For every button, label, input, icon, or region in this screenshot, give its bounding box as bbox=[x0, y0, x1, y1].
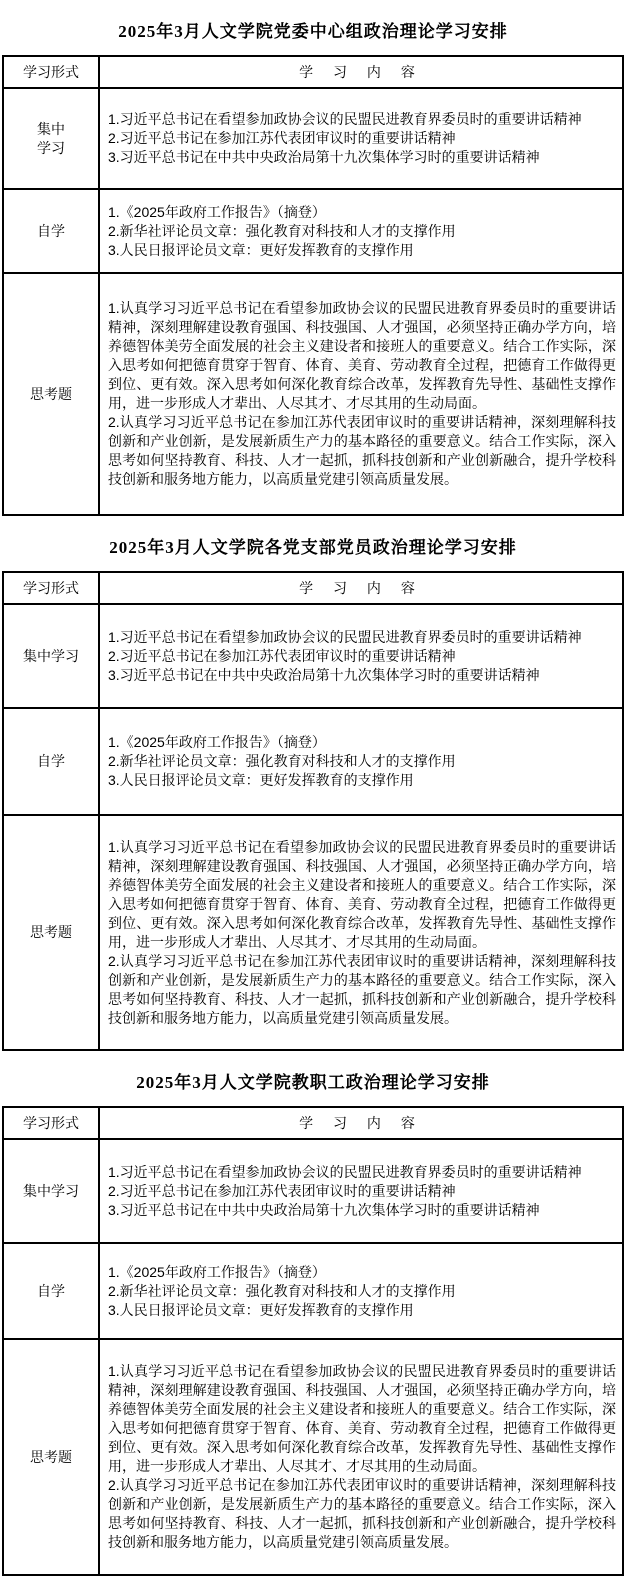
table-row-self-study: 自学 1.《2025年政府工作报告》（摘登） 2.新华社评论员文章：强化教育对科… bbox=[3, 189, 623, 273]
content-paragraph: 1.认真学习习近平总书记在看望参加政协会议的民盟民进教育界委员时的重要讲话精神，… bbox=[108, 838, 616, 952]
section-title: 2025年3月人文学院各党支部党员政治理论学习安排 bbox=[0, 516, 626, 571]
row-label: 自学 bbox=[3, 708, 99, 815]
content-paragraph: 2.认真学习习近平总书记在参加江苏代表团审议时的重要讲话精神，深刻理解科技创新和… bbox=[108, 413, 616, 489]
row-label: 自学 bbox=[3, 189, 99, 273]
table-row-centralized-learning: 集中 学习 1.习近平总书记在看望参加政协会议的民盟民进教育界委员时的重要讲话精… bbox=[3, 88, 623, 189]
table-header-row: 学习形式 学 习 内 容 bbox=[3, 56, 623, 88]
column-header-content: 学 习 内 容 bbox=[99, 56, 623, 88]
row-content-cell: 1.《2025年政府工作报告》（摘登） 2.新华社评论员文章：强化教育对科技和人… bbox=[99, 708, 623, 815]
row-label: 自学 bbox=[3, 1243, 99, 1339]
schedule-table: 学习形式 学 习 内 容 集中 学习 1.习近平总书记在看望参加政协会议的民盟民… bbox=[2, 55, 624, 516]
content-item: 1.《2025年政府工作报告》（摘登） bbox=[108, 733, 616, 752]
row-content-cell: 1.《2025年政府工作报告》（摘登） 2.新华社评论员文章：强化教育对科技和人… bbox=[99, 1243, 623, 1339]
table-row-self-study: 自学 1.《2025年政府工作报告》（摘登） 2.新华社评论员文章：强化教育对科… bbox=[3, 708, 623, 815]
column-header-form: 学习形式 bbox=[3, 572, 99, 604]
content-item: 3.人民日报评论员文章：更好发挥教育的支撑作用 bbox=[108, 1301, 616, 1320]
content-item: 3.习近平总书记在中共中央政治局第十九次集体学习时的重要讲话精神 bbox=[108, 148, 616, 167]
table-header-row: 学习形式 学 习 内 容 bbox=[3, 1107, 623, 1139]
column-header-form: 学习形式 bbox=[3, 56, 99, 88]
table-row-discussion-questions: 思考题 1.认真学习习近平总书记在看望参加政协会议的民盟民进教育界委员时的重要讲… bbox=[3, 1339, 623, 1575]
column-header-content: 学 习 内 容 bbox=[99, 572, 623, 604]
content-paragraph: 2.认真学习习近平总书记在参加江苏代表团审议时的重要讲话精神，深刻理解科技创新和… bbox=[108, 1476, 616, 1552]
content-item: 1.《2025年政府工作报告》（摘登） bbox=[108, 203, 616, 222]
content-item: 2.新华社评论员文章：强化教育对科技和人才的支撑作用 bbox=[108, 1282, 616, 1301]
row-label: 思考题 bbox=[3, 815, 99, 1050]
table-row-centralized-learning: 集中学习 1.习近平总书记在看望参加政协会议的民盟民进教育界委员时的重要讲话精神… bbox=[3, 604, 623, 708]
table-row-discussion-questions: 思考题 1.认真学习习近平总书记在看望参加政协会议的民盟民进教育界委员时的重要讲… bbox=[3, 273, 623, 515]
schedule-table: 学习形式 学 习 内 容 集中学习 1.习近平总书记在看望参加政协会议的民盟民进… bbox=[2, 1106, 624, 1576]
content-paragraph: 1.认真学习习近平总书记在看望参加政协会议的民盟民进教育界委员时的重要讲话精神，… bbox=[108, 1362, 616, 1476]
content-item: 2.习近平总书记在参加江苏代表团审议时的重要讲话精神 bbox=[108, 129, 616, 148]
section-title: 2025年3月人文学院党委中心组政治理论学习安排 bbox=[0, 0, 626, 55]
content-item: 3.人民日报评论员文章：更好发挥教育的支撑作用 bbox=[108, 771, 616, 790]
row-label: 集中学习 bbox=[3, 604, 99, 708]
content-paragraph: 1.认真学习习近平总书记在看望参加政协会议的民盟民进教育界委员时的重要讲话精神，… bbox=[108, 299, 616, 413]
row-content-cell: 1.习近平总书记在看望参加政协会议的民盟民进教育界委员时的重要讲话精神 2.习近… bbox=[99, 88, 623, 189]
table-row-self-study: 自学 1.《2025年政府工作报告》（摘登） 2.新华社评论员文章：强化教育对科… bbox=[3, 1243, 623, 1339]
content-item: 1.习近平总书记在看望参加政协会议的民盟民进教育界委员时的重要讲话精神 bbox=[108, 110, 616, 129]
row-content-cell: 1.认真学习习近平总书记在看望参加政协会议的民盟民进教育界委员时的重要讲话精神，… bbox=[99, 1339, 623, 1575]
content-item: 2.习近平总书记在参加江苏代表团审议时的重要讲话精神 bbox=[108, 1182, 616, 1201]
table-header-row: 学习形式 学 习 内 容 bbox=[3, 572, 623, 604]
row-label: 思考题 bbox=[3, 273, 99, 515]
row-content-cell: 1.《2025年政府工作报告》（摘登） 2.新华社评论员文章：强化教育对科技和人… bbox=[99, 189, 623, 273]
table-row-centralized-learning: 集中学习 1.习近平总书记在看望参加政协会议的民盟民进教育界委员时的重要讲话精神… bbox=[3, 1139, 623, 1243]
content-item: 3.人民日报评论员文章：更好发挥教育的支撑作用 bbox=[108, 241, 616, 260]
content-item: 1.习近平总书记在看望参加政协会议的民盟民进教育界委员时的重要讲话精神 bbox=[108, 628, 616, 647]
content-item: 2.习近平总书记在参加江苏代表团审议时的重要讲话精神 bbox=[108, 647, 616, 666]
content-item: 1.习近平总书记在看望参加政协会议的民盟民进教育界委员时的重要讲话精神 bbox=[108, 1163, 616, 1182]
section-title: 2025年3月人文学院教职工政治理论学习安排 bbox=[0, 1051, 626, 1106]
section-faculty-staff: 2025年3月人文学院教职工政治理论学习安排 学习形式 学 习 内 容 集中学习… bbox=[0, 1051, 626, 1576]
content-item: 2.新华社评论员文章：强化教育对科技和人才的支撑作用 bbox=[108, 222, 616, 241]
content-item: 3.习近平总书记在中共中央政治局第十九次集体学习时的重要讲话精神 bbox=[108, 666, 616, 685]
row-label: 集中学习 bbox=[3, 1139, 99, 1243]
section-branch-members: 2025年3月人文学院各党支部党员政治理论学习安排 学习形式 学 习 内 容 集… bbox=[0, 516, 626, 1051]
schedule-table: 学习形式 学 习 内 容 集中学习 1.习近平总书记在看望参加政协会议的民盟民进… bbox=[2, 571, 624, 1051]
content-item: 2.新华社评论员文章：强化教育对科技和人才的支撑作用 bbox=[108, 752, 616, 771]
content-item: 1.《2025年政府工作报告》（摘登） bbox=[108, 1263, 616, 1282]
document-page: 2025年3月人文学院党委中心组政治理论学习安排 学习形式 学 习 内 容 集中… bbox=[0, 0, 626, 1576]
content-item: 3.习近平总书记在中共中央政治局第十九次集体学习时的重要讲话精神 bbox=[108, 1201, 616, 1220]
row-label: 思考题 bbox=[3, 1339, 99, 1575]
row-content-cell: 1.习近平总书记在看望参加政协会议的民盟民进教育界委员时的重要讲话精神 2.习近… bbox=[99, 1139, 623, 1243]
row-content-cell: 1.习近平总书记在看望参加政协会议的民盟民进教育界委员时的重要讲话精神 2.习近… bbox=[99, 604, 623, 708]
row-content-cell: 1.认真学习习近平总书记在看望参加政协会议的民盟民进教育界委员时的重要讲话精神，… bbox=[99, 815, 623, 1050]
row-label: 集中 学习 bbox=[3, 88, 99, 189]
column-header-form: 学习形式 bbox=[3, 1107, 99, 1139]
column-header-content: 学 习 内 容 bbox=[99, 1107, 623, 1139]
row-content-cell: 1.认真学习习近平总书记在看望参加政协会议的民盟民进教育界委员时的重要讲话精神，… bbox=[99, 273, 623, 515]
section-committee-center-group: 2025年3月人文学院党委中心组政治理论学习安排 学习形式 学 习 内 容 集中… bbox=[0, 0, 626, 516]
table-row-discussion-questions: 思考题 1.认真学习习近平总书记在看望参加政协会议的民盟民进教育界委员时的重要讲… bbox=[3, 815, 623, 1050]
content-paragraph: 2.认真学习习近平总书记在参加江苏代表团审议时的重要讲话精神，深刻理解科技创新和… bbox=[108, 952, 616, 1028]
